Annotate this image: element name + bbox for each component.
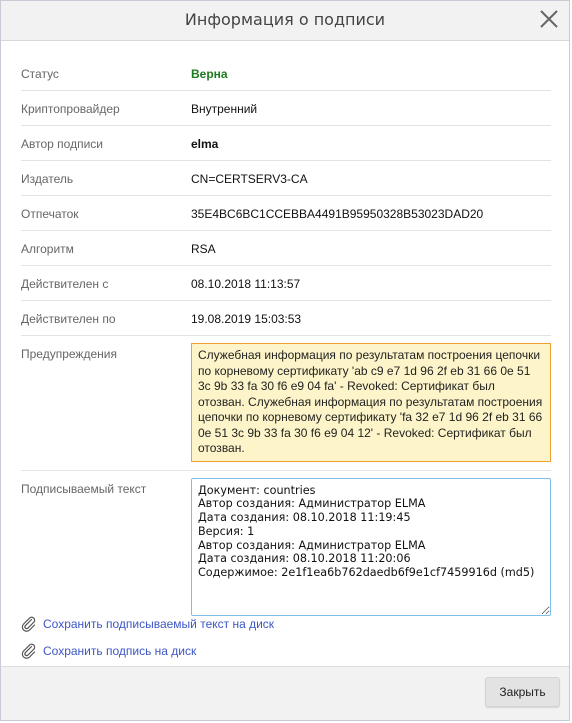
row-valid-to: Действителен по 19.08.2019 15:03:53 <box>21 301 551 336</box>
row-issuer: Издатель CN=CERTSERV3-CA <box>21 161 551 196</box>
valid-from-label: Действителен с <box>21 266 191 300</box>
download-links: Сохранить подписываемый текст на диск Со… <box>21 616 274 670</box>
close-icon[interactable] <box>537 7 561 31</box>
valid-from-value: 08.10.2018 11:13:57 <box>191 266 551 300</box>
row-author: Автор подписи elma <box>21 126 551 161</box>
row-status: Статус Верна <box>21 56 551 91</box>
status-label: Статус <box>21 56 191 90</box>
row-signed-text: Подписываемый текст Документ: countries … <box>21 471 551 624</box>
author-value: elma <box>191 126 551 160</box>
crypto-provider-label: Криптопровайдер <box>21 91 191 125</box>
valid-to-value: 19.08.2019 15:03:53 <box>191 301 551 335</box>
signed-text-label: Подписываемый текст <box>21 471 191 624</box>
row-warnings: Предупреждения Служебная информация по р… <box>21 336 551 471</box>
save-signed-text-link[interactable]: Сохранить подписываемый текст на диск <box>21 616 274 632</box>
close-button[interactable]: Закрыть <box>485 677 560 707</box>
status-value: Верна <box>191 56 551 90</box>
thumbprint-value: 35E4BC6BC1CCEBBA4491B95950328B53023DAD20 <box>191 196 551 230</box>
warnings-box: Служебная информация по результатам пост… <box>191 343 551 462</box>
dialog-header: Информация о подписи <box>1 1 569 41</box>
algorithm-label: Алгоритм <box>21 231 191 265</box>
paperclip-icon <box>21 616 37 632</box>
warnings-label: Предупреждения <box>21 336 191 470</box>
save-signed-text-label[interactable]: Сохранить подписываемый текст на диск <box>43 617 274 631</box>
row-valid-from: Действителен с 08.10.2018 11:13:57 <box>21 266 551 301</box>
issuer-label: Издатель <box>21 161 191 195</box>
signed-text-area[interactable]: Документ: countries Автор создания: Адми… <box>191 478 551 616</box>
thumbprint-label: Отпечаток <box>21 196 191 230</box>
row-crypto-provider: Криптопровайдер Внутренний <box>21 91 551 126</box>
row-thumbprint: Отпечаток 35E4BC6BC1CCEBBA4491B95950328B… <box>21 196 551 231</box>
dialog-footer: Закрыть <box>1 666 569 720</box>
save-signature-link[interactable]: Сохранить подпись на диск <box>21 643 274 659</box>
valid-to-label: Действителен по <box>21 301 191 335</box>
signed-text-container: Документ: countries Автор создания: Адми… <box>191 471 551 624</box>
signature-info-dialog: Информация о подписи Статус Верна Крипто… <box>0 0 570 721</box>
crypto-provider-value: Внутренний <box>191 91 551 125</box>
save-signature-label[interactable]: Сохранить подпись на диск <box>43 644 196 658</box>
issuer-value: CN=CERTSERV3-CA <box>191 161 551 195</box>
row-algorithm: Алгоритм RSA <box>21 231 551 266</box>
paperclip-icon <box>21 643 37 659</box>
author-label: Автор подписи <box>21 126 191 160</box>
algorithm-value: RSA <box>191 231 551 265</box>
signature-details: Статус Верна Криптопровайдер Внутренний … <box>21 56 551 624</box>
warnings-container: Служебная информация по результатам пост… <box>191 336 551 470</box>
dialog-title: Информация о подписи <box>1 10 569 29</box>
